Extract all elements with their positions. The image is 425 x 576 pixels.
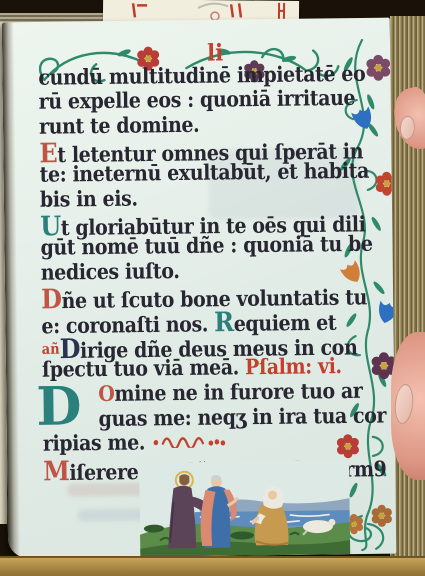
line-text: rū expelle eos : quoniā irritaue — [39, 86, 356, 115]
miniature — [139, 460, 350, 557]
drop-cap-D: D — [36, 380, 82, 434]
guide-letter-O: O — [98, 382, 114, 407]
finger-thumb — [391, 332, 425, 480]
text-line: guas me: neqʒ in ira tua cor — [98, 406, 386, 431]
text-line: ſpectu tuo viā meā. Pſalm: vi. — [42, 356, 342, 381]
text-block: cundū multitudinē impietatē eo rū expell… — [32, 64, 387, 488]
line-text: ripias me. — [43, 430, 145, 456]
line-filler-icon — [153, 433, 239, 449]
line-text: nedices iuſto. — [41, 259, 180, 285]
rubric-psalm-heading: Pſalm: vi. — [245, 354, 342, 380]
line-text: mine ne in furore tuo ar — [114, 379, 362, 407]
photo-frame: li — [0, 0, 425, 576]
fingernail — [393, 383, 415, 425]
line-text: gūt nomē tuū dñe : quoniā tu be — [40, 232, 372, 261]
text-line: te: ineternū exultabūt, et habita — [39, 161, 369, 186]
text-line: runt te domine. — [39, 115, 200, 138]
text-line: gūt nomē tuū dñe : quoniā tu be — [40, 234, 372, 259]
rubric-antiphon: añ — [42, 341, 60, 358]
text-line: rū expelle eos : quoniā irritaue — [39, 88, 356, 113]
wooden-table — [0, 556, 425, 576]
text-line: ripias me. — [43, 432, 239, 456]
book-page: li — [2, 18, 397, 559]
border-flower-brown — [372, 505, 393, 527]
text-line: Omine ne in furore tuo ar — [98, 381, 362, 406]
line-text: runt te domine. — [39, 113, 200, 140]
line-text: te: ineternū exultabūt, et habita — [39, 159, 369, 188]
folio-mark: li — [207, 41, 223, 64]
initial-M: M — [43, 454, 70, 487]
text-line: nedices iuſto. — [41, 261, 180, 284]
fingernail — [399, 115, 416, 140]
text-line: bis in eis. — [40, 189, 138, 211]
line-text: guas me: neqʒ in ira tua cor — [98, 403, 386, 431]
